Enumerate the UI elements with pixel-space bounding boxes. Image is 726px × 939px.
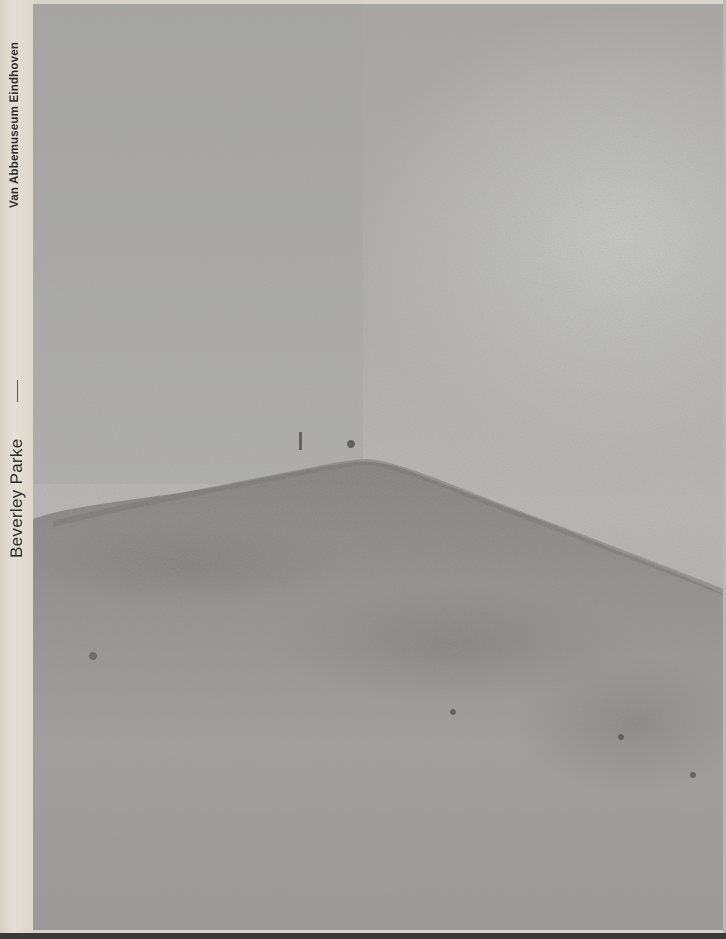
publisher-label: Van Abbemuseum Eindhoven <box>9 42 21 208</box>
catalog-cover: Van Abbemuseum Eindhoven Beverley Parke <box>0 0 723 933</box>
spine-divider <box>17 380 18 402</box>
background-surface <box>0 933 726 939</box>
spine: Van Abbemuseum Eindhoven Beverley Parke <box>0 0 33 933</box>
cover-photograph <box>33 4 723 930</box>
mound-illustration <box>33 4 723 930</box>
artist-name: Beverley Parke <box>7 439 27 558</box>
